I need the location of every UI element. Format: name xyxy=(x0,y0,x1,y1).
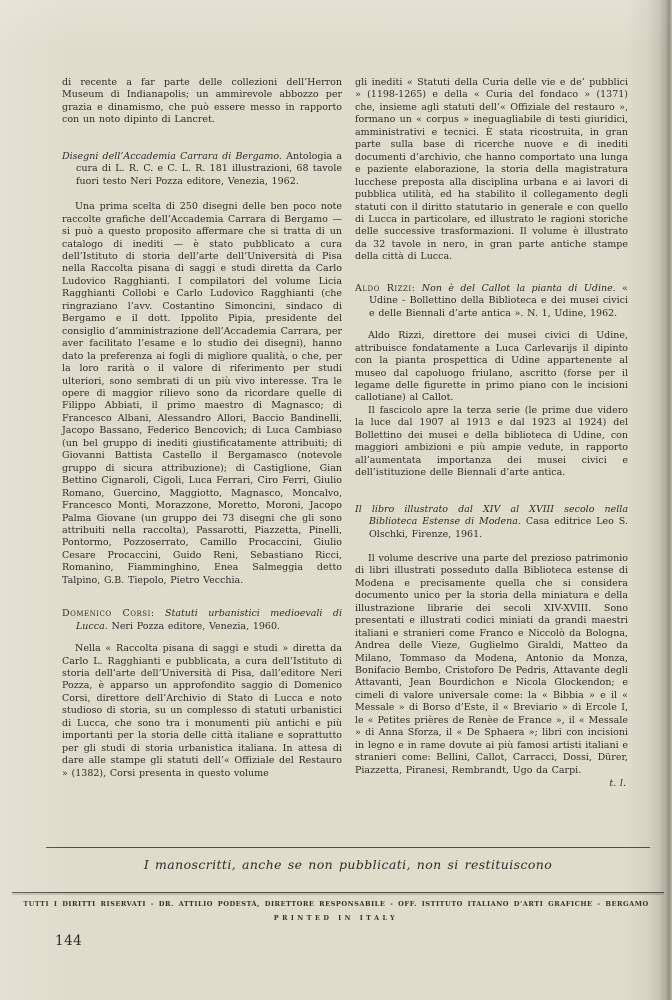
divider-rule-top xyxy=(46,847,650,848)
left-column: di recente a far parte delle collezioni … xyxy=(62,77,342,791)
right-column: gli inediti « Statuti della Curia delle … xyxy=(355,77,628,791)
book-title-carrara: Disegni dell’Accademia Carrara di Bergam… xyxy=(62,151,282,162)
book-edge-shadow xyxy=(626,0,672,1000)
reviewer-initials: t. l. xyxy=(355,778,628,790)
paragraph-continuation-left: di recente a far parte delle collezioni … xyxy=(62,77,342,127)
paragraph-corsi-review: Nella « Raccolta pisana di saggi e studi… xyxy=(62,643,342,780)
page-number: 144 xyxy=(55,933,82,949)
colophon-imprint-line: TUTTI I DIRITTI RISERVATI - DR. ATTILIO … xyxy=(21,900,651,908)
paragraph-rizzi-second: Il fascicolo apre la terza serie (le pri… xyxy=(355,405,628,480)
article-title-rizzi: Non è del Callot la pianta di Udine. xyxy=(422,283,616,294)
page-body-text: di recente a far parte delle collezioni … xyxy=(62,77,628,791)
paragraph-olschki-review: Il volume descrive una parte del prezios… xyxy=(355,553,628,777)
review-heading-olschki: Il libro illustrato dal XIV al XVIII sec… xyxy=(355,504,628,541)
scanned-book-page: di recente a far parte delle collezioni … xyxy=(0,0,672,1000)
review-heading-corsi: Domenico Corsi: Statuti urbanistici medi… xyxy=(62,608,342,633)
paragraph-rizzi-first: Aldo Rizzi, direttore dei musei civici d… xyxy=(355,330,628,405)
book-imprint-corsi: Neri Pozza editore, Venezia, 1960. xyxy=(112,621,281,632)
printed-in-italy-line: PRINTED IN ITALY xyxy=(21,914,651,922)
author-name-corsi: Domenico Corsi: xyxy=(62,608,155,619)
manuscripts-notice: I manoscritti, anche se non pubblicati, … xyxy=(46,857,650,872)
author-name-rizzi: Aldo Rizzi: xyxy=(355,283,415,294)
paragraph-continuation-right: gli inediti « Statuti della Curia delle … xyxy=(355,77,628,264)
review-heading-carrara: Disegni dell’Accademia Carrara di Bergam… xyxy=(62,151,342,188)
divider-rule-bottom xyxy=(12,892,664,893)
paragraph-carrara-review: Una prima scelta di 250 disegni delle be… xyxy=(62,201,342,587)
review-heading-rizzi: Aldo Rizzi: Non è del Callot la pianta d… xyxy=(355,283,628,320)
